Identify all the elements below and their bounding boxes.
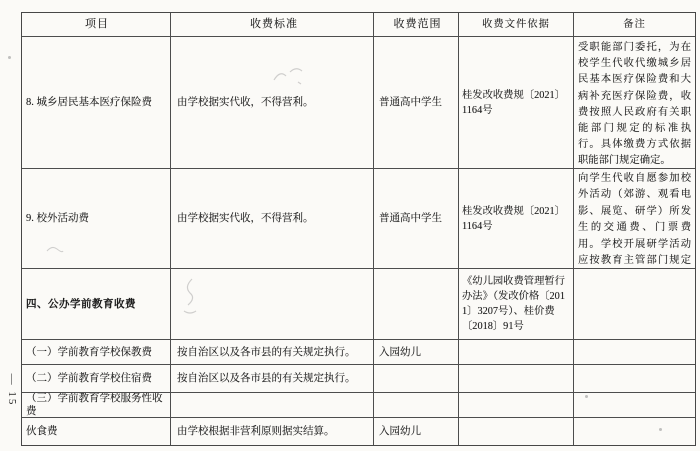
sub3-standard-cell [171,393,374,418]
section4-remark-cell [574,269,695,340]
sub1-basis-cell [459,340,574,365]
sub1-item-cell: （一）学前教育学校保教费 [22,340,171,365]
header-cell-scope: 收费范围 [374,13,459,37]
sub1-scope-cell: 入园幼儿 [374,340,459,365]
sub3-item-cell: （三）学前教育学校服务性收费 [22,393,171,418]
sub2-scope-cell [374,365,459,393]
meal-scope-cell: 入园幼儿 [374,418,459,445]
row8-scope-cell: 普通高中学生 [374,37,459,169]
row8-basis-cell: 桂发改收费规〔2021〕1164号 [459,37,574,169]
sub2-standard-cell: 按自治区以及各市县的有关规定执行。 [171,365,374,393]
scan-smudge-2 [178,275,204,319]
scan-smudge-1 [270,62,312,90]
row9-basis-cell: 桂发改收费规〔2021〕1164号 [459,169,574,269]
header-cell-basis: 收费文件依据 [459,13,574,37]
scanned-document-page: — 15 — 项目 收费标准 收费范围 收费文件依据 备注 8. 城乡居民基本医… [0,0,700,451]
row8-item-cell: 8. 城乡居民基本医疗保险费 [22,37,171,169]
page-number: — 15 — [4,366,18,414]
scan-speck-2 [659,428,662,431]
scan-speck-3 [8,56,11,59]
sub1-standard-cell: 按自治区以及各市县的有关规定执行。 [171,340,374,365]
sub2-item-cell: （二）学前教育学校住宿费 [22,365,171,393]
scan-speck-1 [585,395,588,398]
header-cell-item: 项目 [22,13,171,37]
fee-schedule-table: 项目 收费标准 收费范围 收费文件依据 备注 8. 城乡居民基本医疗保险费 由学… [21,12,696,446]
sub2-remark-cell [574,365,695,393]
sub2-basis-cell [459,365,574,393]
meal-remark-cell [574,418,695,445]
row8-remark-cell: 受职能部门委托，为在校学生代收代缴城乡居民基本医疗保险费和大病补充医疗保险费，收… [574,37,695,169]
sub1-remark-cell [574,340,695,365]
header-cell-standard: 收费标准 [171,13,374,37]
scan-smudge-3 [45,243,65,255]
header-cell-remark: 备注 [574,13,695,37]
section4-title-cell: 四、公办学前教育收费 [22,269,171,340]
row8-standard-cell: 由学校据实代收，不得营利。 [171,37,374,169]
sub3-scope-cell [374,393,459,418]
sub3-remark-cell [574,393,695,418]
meal-standard-cell: 由学校根据非营利原则据实结算。 [171,418,374,445]
row9-scope-cell: 普通高中学生 [374,169,459,269]
meal-item-cell: 伙食费 [22,418,171,445]
meal-basis-cell [459,418,574,445]
row9-remark-cell: 向学生代收自愿参加校外活动（郊游、观看电影、展览、研学）所发生的交通费、门票费用… [574,169,695,269]
row9-standard-cell: 由学校据实代收，不得营利。 [171,169,374,269]
section4-scope-cell [374,269,459,340]
sub3-basis-cell [459,393,574,418]
section4-basis-cell: 《幼儿园收费管理暂行办法》（发改价格〔2011〕3207号）、桂价费〔2018〕… [459,269,574,340]
